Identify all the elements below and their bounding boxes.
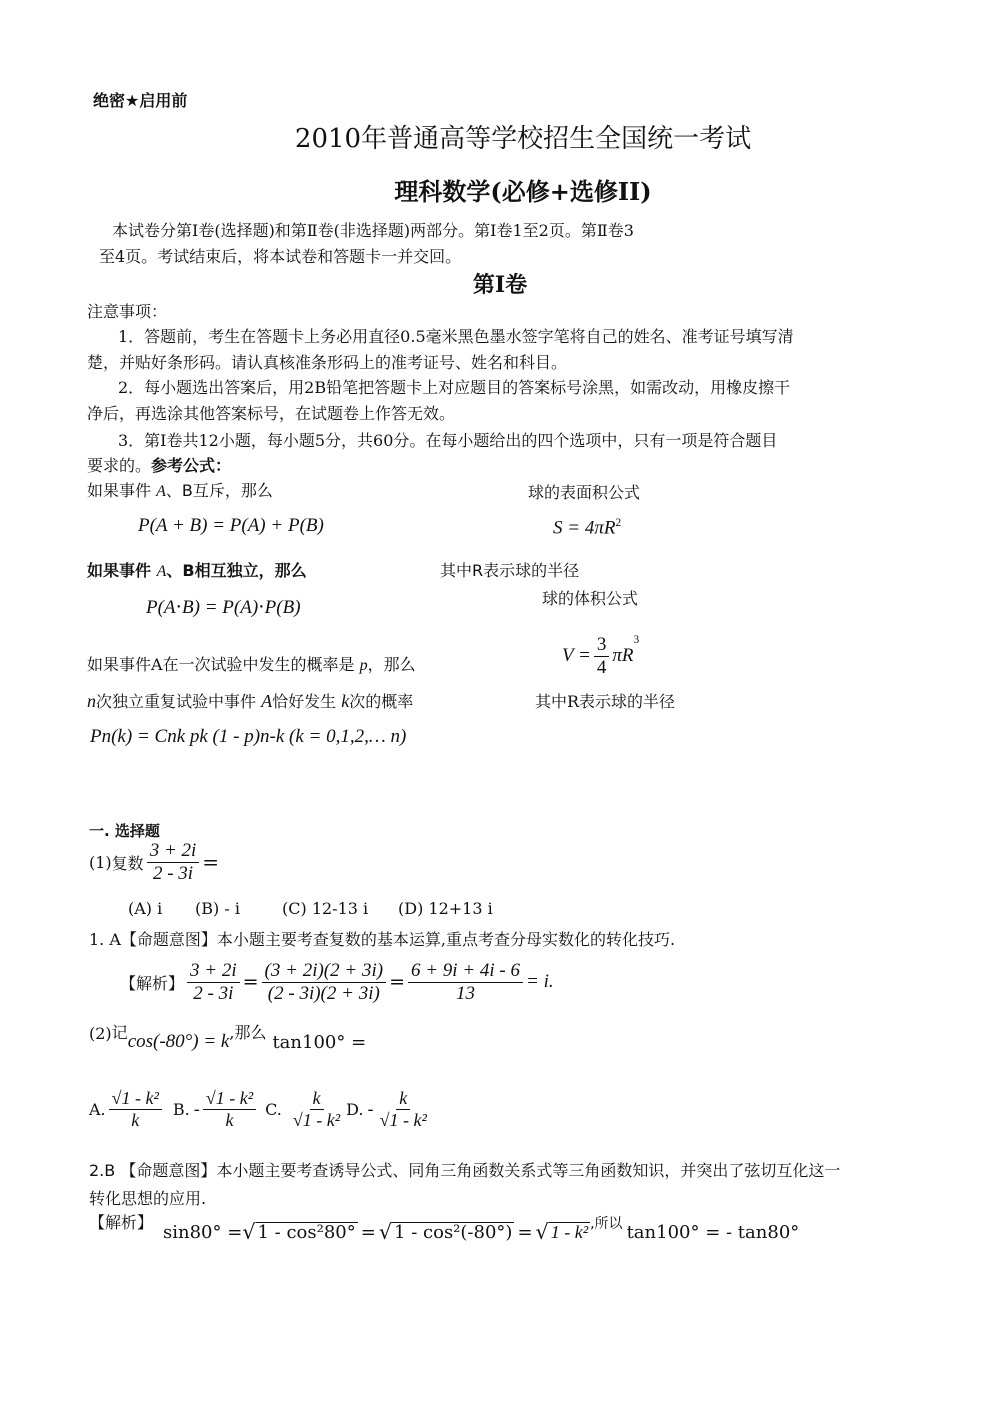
var-a: A bbox=[261, 691, 272, 711]
label-text: 、B互斥，那么 bbox=[166, 481, 273, 500]
exponent: 3 bbox=[633, 634, 639, 646]
denominator: √1 - k² bbox=[377, 1110, 430, 1131]
sphere-radius-note-1: 其中R表示球的半径 bbox=[440, 558, 579, 581]
denominator: 2 - 3i bbox=[190, 983, 236, 1005]
analysis-label: 【解析】 bbox=[120, 971, 184, 994]
denominator: k bbox=[222, 1110, 236, 1131]
note-1-line-2: 楚，并贴好条形码。请认真核准条形码上的准考证号、姓名和科目。 bbox=[87, 350, 567, 373]
minus-sign: - bbox=[367, 1099, 373, 1120]
question-2: (2) 记 cos(-80°) = k ,那么 tan100° = bbox=[89, 1030, 366, 1053]
radicand: 1 - cos²80° bbox=[256, 1222, 358, 1243]
formula-text: πR bbox=[612, 645, 633, 667]
note-3-line-2: 要求的。参考公式： bbox=[87, 453, 231, 476]
binomial-line-2: n次独立重复试验中事件 A恰好发生 k次的概率 bbox=[87, 689, 413, 712]
q1-option-c: (C) 12-13 i bbox=[282, 899, 368, 918]
q1-option-b: (B) - i bbox=[195, 899, 240, 918]
expression: sin80° = bbox=[163, 1222, 242, 1243]
numerator: k bbox=[396, 1088, 410, 1110]
addition-formula: P(A + B) = P(A) + P(B) bbox=[138, 515, 324, 537]
intro-line-2: 至4页。考试结束后，将本试卷和答题卡一并交回。 bbox=[99, 244, 461, 267]
target-expression: tan100° = bbox=[272, 1032, 366, 1053]
label-text: 次的概率 bbox=[349, 692, 413, 711]
connector: ,那么 bbox=[229, 1020, 266, 1043]
numerator: √1 - k² bbox=[203, 1088, 256, 1110]
var-n: n bbox=[87, 691, 96, 711]
sphere-volume-formula: V = 34 πR3 bbox=[562, 634, 639, 679]
label-text: 次独立重复试验中事件 bbox=[96, 692, 256, 711]
section-heading: 第Ⅰ卷 bbox=[0, 268, 1000, 299]
var-a: A bbox=[156, 483, 166, 500]
question-stem: 复数 bbox=[112, 851, 144, 874]
sphere-surface-label: 球的表面积公式 bbox=[528, 480, 640, 503]
formula-text: S = 4π bbox=[553, 517, 604, 538]
minus-sign: - bbox=[194, 1099, 200, 1120]
sqrt-icon: √ bbox=[379, 1222, 392, 1243]
sphere-volume-label: 球的体积公式 bbox=[542, 586, 638, 609]
binomial-formula: Pn(k) = Cnk pk (1 - p)n-k (k = 0,1,2,… n… bbox=[90, 726, 406, 748]
connector: ,所以 bbox=[590, 1213, 622, 1233]
question-number: (1) bbox=[89, 853, 112, 872]
q2-options: A. √1 - k²k B. - √1 - k²k C. k√1 - k² D.… bbox=[89, 1088, 433, 1130]
label-text: ，那么 bbox=[368, 655, 416, 674]
denominator: √1 - k² bbox=[290, 1110, 343, 1131]
q2-answer-intent-line-2: 转化思想的应用. bbox=[89, 1186, 206, 1209]
note-2-line-1: 2．每小题选出答案后，用2B铅笔把答题卡上对应题目的答案标号涂黑，如需改动，用橡… bbox=[118, 375, 790, 398]
numerator: 6 + 9i + 4i - 6 bbox=[408, 960, 523, 983]
question-1: (1) 复数 3 + 2i2 - 3i = bbox=[89, 840, 219, 885]
multiplication-formula: P(A⋅B) = P(A)⋅P(B) bbox=[146, 596, 301, 619]
q1-option-d: (D) 12+13 i bbox=[398, 899, 493, 918]
numerator: 3 + 2i bbox=[187, 960, 240, 983]
label-text: 如果事件A在一次试验中发生的概率是 bbox=[87, 655, 355, 674]
numerator: k bbox=[310, 1088, 324, 1110]
mutually-exclusive-label: 如果事件 A、B互斥，那么 bbox=[87, 478, 273, 501]
numerator: 3 bbox=[594, 634, 610, 657]
expression: tan100° = - tan80° bbox=[627, 1222, 800, 1243]
condition: cos(-80°) = k bbox=[128, 1031, 230, 1053]
exam-subtitle: 理科数学(必修+选修II) bbox=[0, 172, 1000, 207]
intro-line-1: 本试卷分第Ⅰ卷(选择题)和第Ⅱ卷(非选择题)两部分。第Ⅰ卷1至2页。第Ⅱ卷3 bbox=[112, 218, 634, 241]
confidential-label: 绝密★启用前 bbox=[93, 88, 187, 111]
analysis-label: 【解析】 bbox=[89, 1210, 153, 1233]
sqrt-icon: √ bbox=[536, 1222, 549, 1243]
numerator: (3 + 2i)(2 + 3i) bbox=[262, 960, 387, 983]
q1-answer-intent: 1. A【命题意图】本小题主要考查复数的基本运算,重点考查分母实数化的转化技巧. bbox=[89, 927, 675, 950]
label-text: 、B相互独立，那么 bbox=[166, 561, 306, 580]
q2-analysis: 【解析】 sin80° = √1 - cos²80° = √1 - cos²(-… bbox=[89, 1220, 799, 1243]
choice-section-heading: 一. 选择题 bbox=[89, 820, 160, 841]
equals-sign: = bbox=[202, 850, 219, 874]
denominator: (2 - 3i)(2 + 3i) bbox=[265, 983, 383, 1005]
notes-heading: 注意事项： bbox=[87, 299, 167, 322]
sphere-radius-note-2: 其中R表示球的半径 bbox=[535, 689, 675, 712]
option-label: C. bbox=[265, 1100, 282, 1119]
formula-text: V = bbox=[562, 645, 591, 667]
sqrt-icon: √ bbox=[242, 1222, 255, 1243]
option-label: A. bbox=[89, 1100, 106, 1119]
q1-option-a: (A) i bbox=[128, 899, 162, 918]
q1-analysis: 【解析】 3 + 2i2 - 3i = (3 + 2i)(2 + 3i)(2 -… bbox=[120, 960, 554, 1005]
label-text: 如果事件 bbox=[87, 481, 151, 500]
reference-formulas-label: 参考公式： bbox=[151, 456, 231, 475]
note-3-text: 要求的。 bbox=[87, 456, 151, 475]
label-text: 恰好发生 bbox=[272, 692, 336, 711]
label-text: 如果事件 bbox=[87, 561, 151, 580]
option-label: B. bbox=[173, 1100, 190, 1119]
question-number: (2) bbox=[89, 1024, 112, 1043]
var-p: p bbox=[360, 657, 368, 674]
var-a: A bbox=[157, 563, 167, 580]
question-stem: 记 bbox=[112, 1020, 128, 1043]
radicand: 1 - k² bbox=[549, 1222, 590, 1243]
denominator: 4 bbox=[594, 657, 610, 679]
equals-sign: = bbox=[517, 1222, 532, 1243]
q2-answer-intent-line-1: 2.B 【命题意图】本小题主要考查诱导公式、同角三角函数关系式等三角函数知识，并… bbox=[89, 1158, 840, 1181]
note-2-line-2: 净后，再选涂其他答案标号，在试题卷上作答无效。 bbox=[87, 401, 455, 424]
numerator: √1 - k² bbox=[109, 1088, 162, 1110]
numerator: 3 + 2i bbox=[147, 840, 200, 863]
option-label: D. bbox=[346, 1100, 363, 1119]
equals-sign: = bbox=[361, 1222, 376, 1243]
note-1-line-1: 1．答题前，考生在答题卡上务必用直径0.5毫米黑色墨水签字笔将自己的姓名、准考证… bbox=[118, 324, 794, 347]
sphere-surface-formula: S = 4πR2 bbox=[553, 517, 621, 539]
denominator: k bbox=[128, 1110, 142, 1131]
denominator: 13 bbox=[453, 983, 478, 1005]
exponent: 2 bbox=[615, 517, 621, 529]
denominator: 2 - 3i bbox=[150, 863, 196, 885]
exam-title: 2010年普通高等学校招生全国统一考试 bbox=[0, 118, 1000, 155]
binomial-line-1: 如果事件A在一次试验中发生的概率是 p，那么 bbox=[87, 652, 416, 675]
var-r: R bbox=[604, 517, 616, 538]
note-3-line-1: 3．第Ⅰ卷共12小题，每小题5分，共60分。在每小题给出的四个选项中，只有一项是… bbox=[118, 428, 777, 451]
radicand: 1 - cos²(-80°) bbox=[392, 1222, 514, 1243]
independent-label: 如果事件 A、B相互独立，那么 bbox=[87, 558, 307, 581]
result: = i. bbox=[526, 971, 554, 993]
